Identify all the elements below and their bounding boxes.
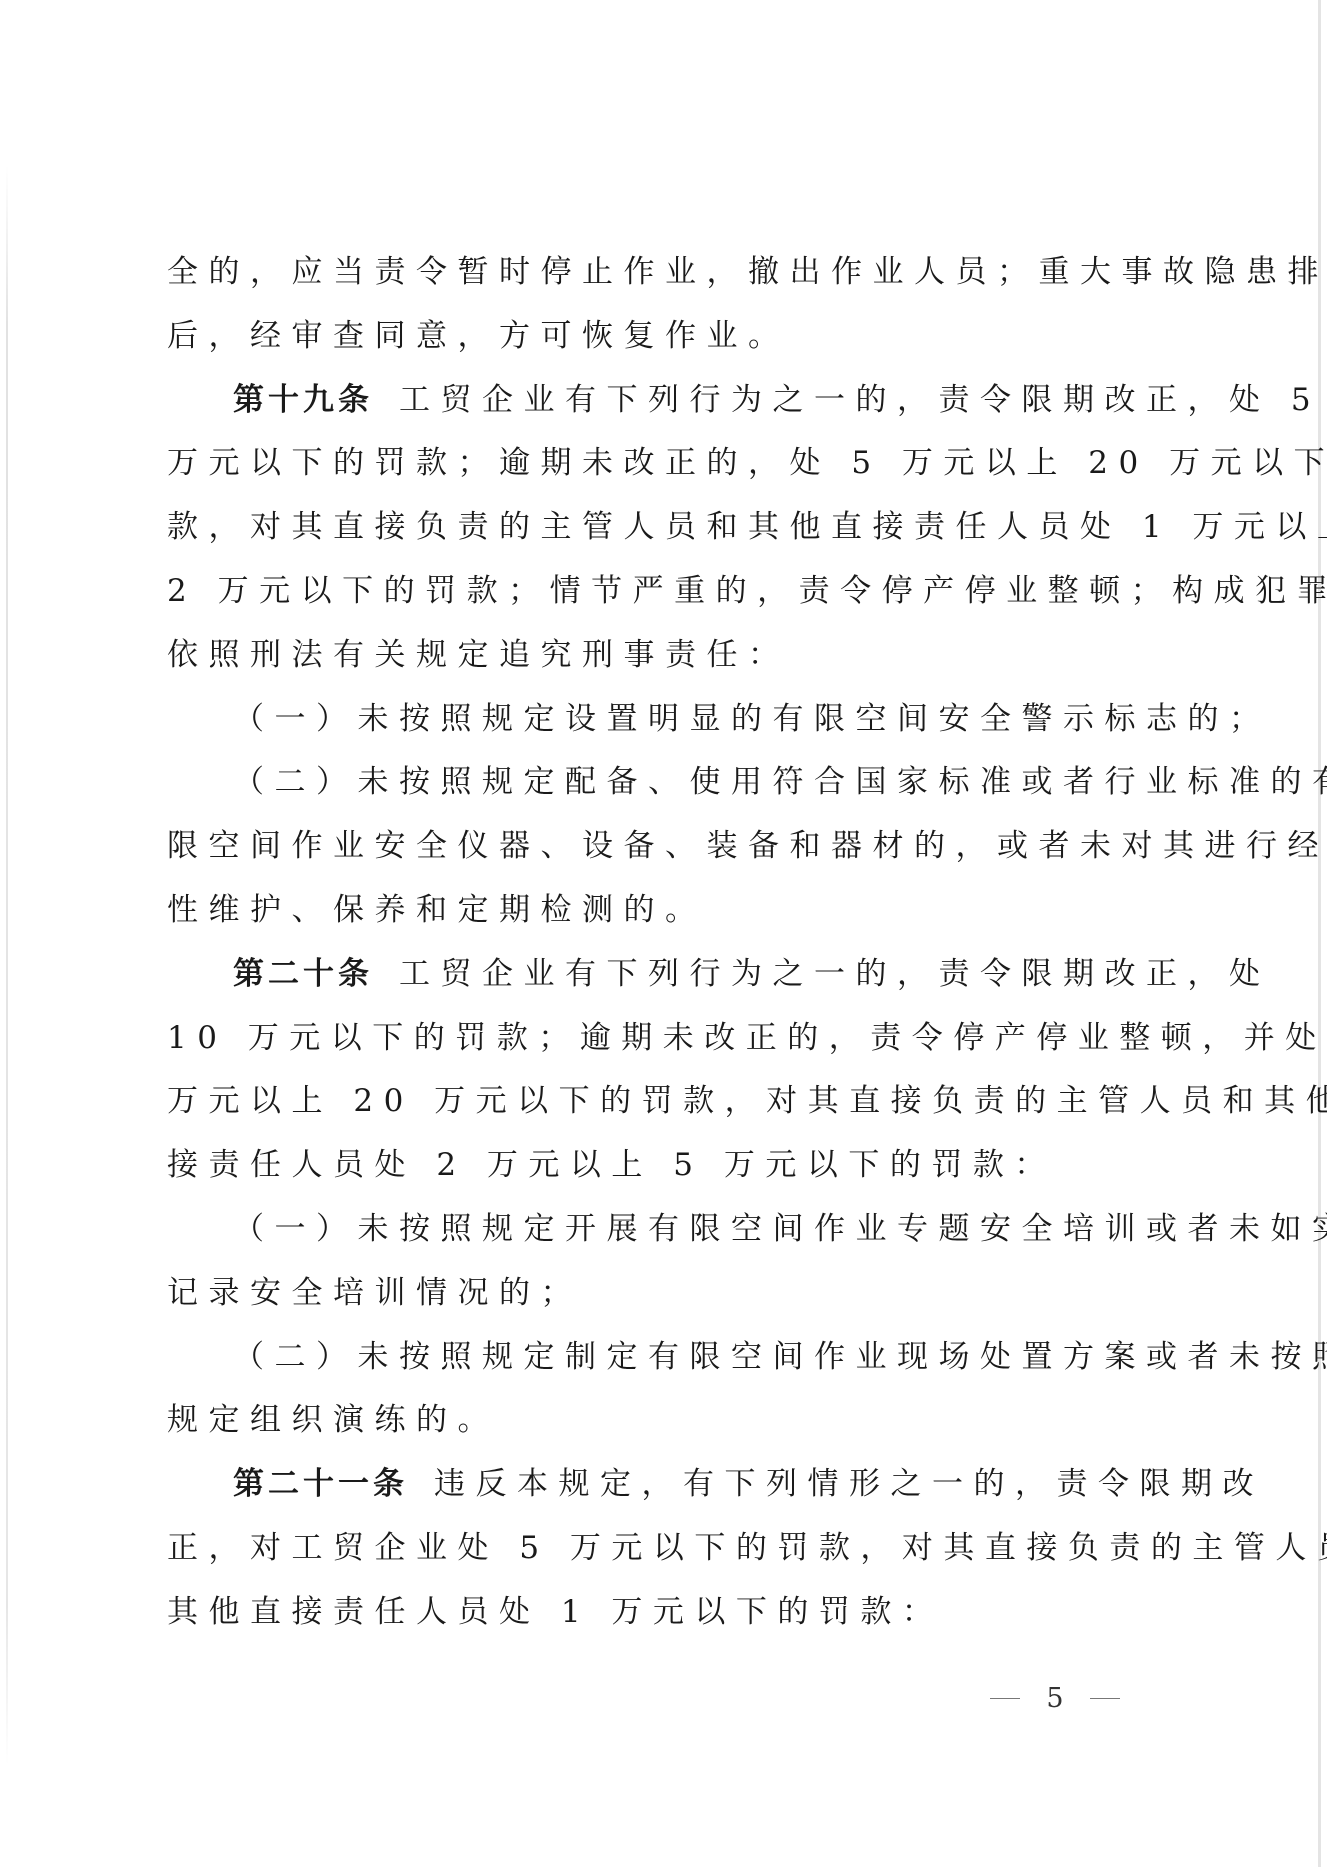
list-item-line: （二）未按照规定配备、使用符合国家标准或者行业标准的有 xyxy=(167,757,1145,821)
paragraph-line: 接责任人员处 2 万元以上 5 万元以下的罚款： xyxy=(167,1140,1145,1204)
dash-left xyxy=(990,1698,1020,1699)
paragraph-line: 依照刑法有关规定追究刑事责任： xyxy=(167,630,1145,694)
article-text: 工贸企业有下列行为之一的，责令限期改正，处 xyxy=(399,956,1271,992)
paragraph-line: 全的，应当责令暂时停止作业，撤出作业人员；重大事故隐患排除 xyxy=(167,247,1145,311)
page-number: 5 xyxy=(990,1678,1120,1718)
article-20-heading-line: 第二十条工贸企业有下列行为之一的，责令限期改正，处 xyxy=(167,949,1145,1013)
page-number-value: 5 xyxy=(1046,1683,1063,1714)
paragraph-line: 2 万元以下的罚款；情节严重的，责令停产停业整顿；构成犯罪的， xyxy=(167,566,1145,630)
dash-right xyxy=(1090,1698,1120,1699)
document-body: 全的，应当责令暂时停止作业，撤出作业人员；重大事故隐患排除 后，经审查同意，方可… xyxy=(167,247,1145,1651)
paragraph-line: 正，对工贸企业处 5 万元以下的罚款，对其直接负责的主管人员和 xyxy=(167,1523,1145,1587)
paragraph-line: 记录安全培训情况的； xyxy=(167,1268,1145,1332)
list-item-line: （一）未按照规定设置明显的有限空间安全警示标志的； xyxy=(167,694,1145,758)
scan-edge-left xyxy=(6,165,8,1765)
paragraph-line: 后，经审查同意，方可恢复作业。 xyxy=(167,311,1145,375)
article-label: 第二十条 xyxy=(233,956,373,992)
paragraph-line: 万元以下的罚款；逾期未改正的，处 5 万元以上 20 万元以下的罚 xyxy=(167,438,1145,502)
article-label: 第十九条 xyxy=(233,382,373,418)
paragraph-line: 万元以上 20 万元以下的罚款，对其直接负责的主管人员和其他直 xyxy=(167,1076,1145,1140)
list-item-line: （一）未按照规定开展有限空间作业专题安全培训或者未如实 xyxy=(167,1204,1145,1268)
article-text: 工贸企业有下列行为之一的，责令限期改正，处 5 xyxy=(399,382,1321,418)
article-19-heading-line: 第十九条工贸企业有下列行为之一的，责令限期改正，处 5 xyxy=(167,375,1145,439)
article-21-heading-line: 第二十一条违反本规定，有下列情形之一的，责令限期改 xyxy=(167,1459,1145,1523)
paragraph-line: 规定组织演练的。 xyxy=(167,1395,1145,1459)
article-label: 第二十一条 xyxy=(233,1466,408,1502)
article-text: 违反本规定，有下列情形之一的，责令限期改 xyxy=(434,1466,1264,1502)
paragraph-line: 款，对其直接负责的主管人员和其他直接责任人员处 1 万元以上 xyxy=(167,502,1145,566)
paragraph-line: 限空间作业安全仪器、设备、装备和器材的，或者未对其进行经常 xyxy=(167,821,1145,885)
paragraph-line: 10 万元以下的罚款；逾期未改正的，责令停产停业整顿，并处 10 xyxy=(167,1013,1145,1077)
paragraph-line: 性维护、保养和定期检测的。 xyxy=(167,885,1145,949)
paragraph-line: 其他直接责任人员处 1 万元以下的罚款： xyxy=(167,1587,1145,1651)
list-item-line: （二）未按照规定制定有限空间作业现场处置方案或者未按照 xyxy=(167,1332,1145,1396)
